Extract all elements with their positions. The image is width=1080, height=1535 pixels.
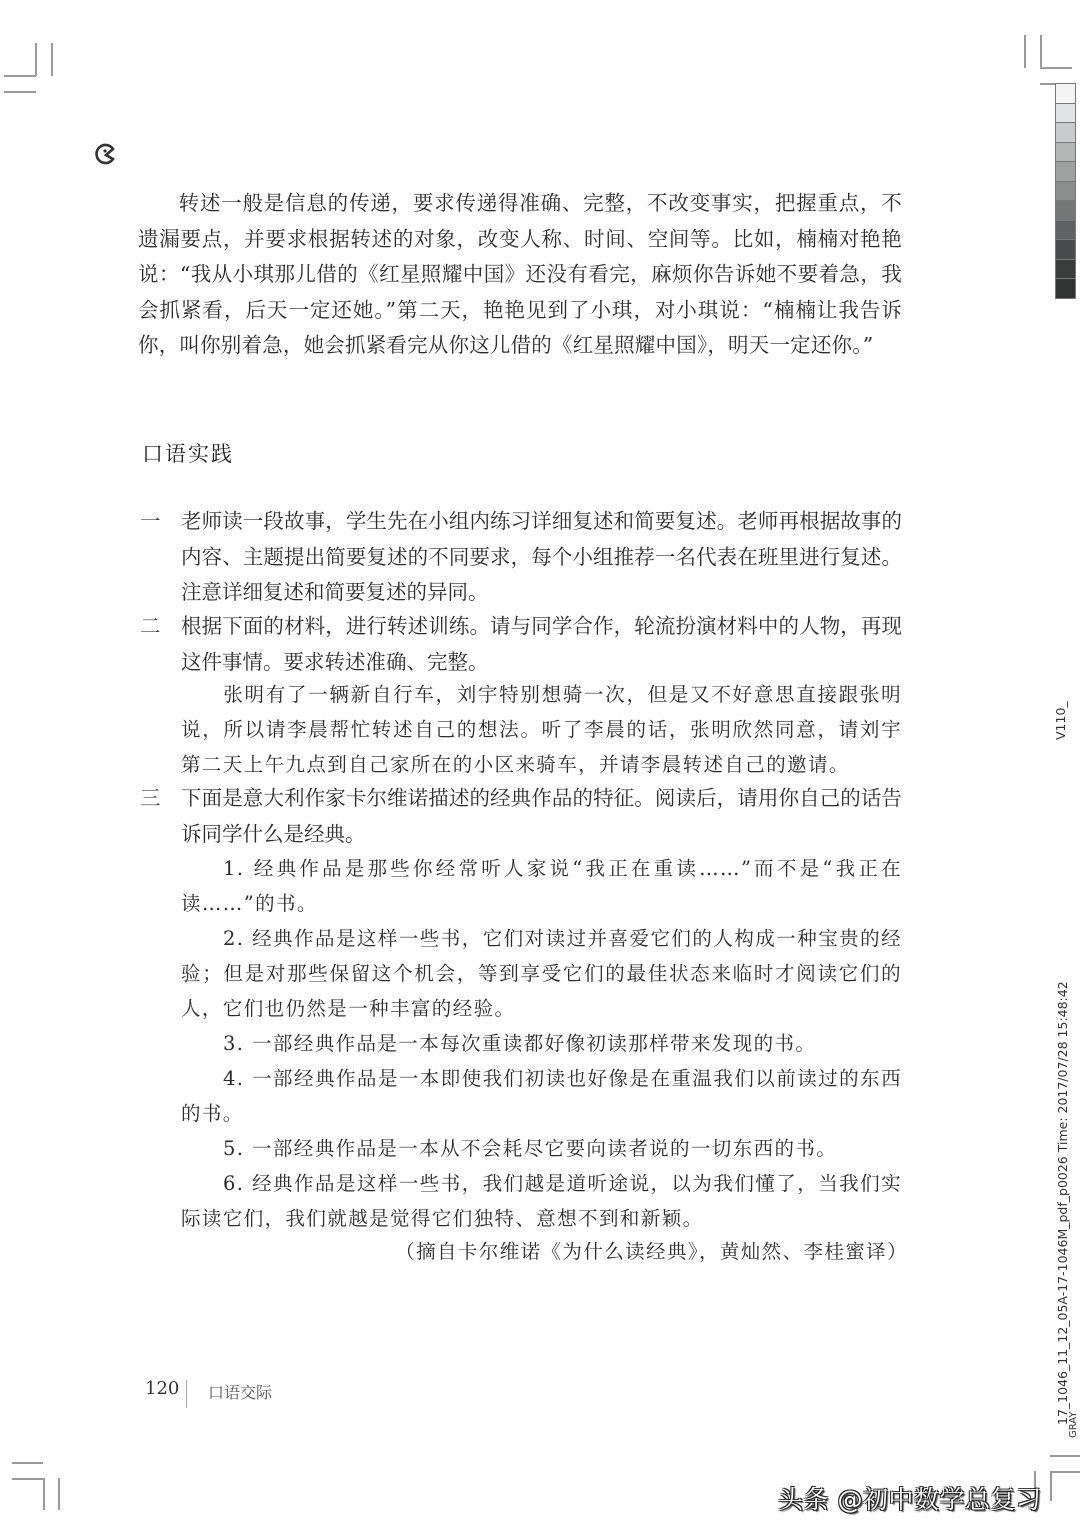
intro-paragraph: 转述一般是信息的传递，要求传递得准确、完整，不改变事实，把握重点，不遗漏要点，并… bbox=[138, 186, 902, 364]
quote-text: 1. 经典作品是那些你经常听人家说“我正在重读……”而不是“我正在读……”的书。 bbox=[181, 857, 902, 915]
crop-mark-top-left-h2 bbox=[4, 91, 36, 93]
footer-divider bbox=[186, 1380, 187, 1408]
crop-mark-bottom-left-v bbox=[43, 1478, 45, 1510]
crop-mark-top-left-h bbox=[4, 75, 36, 77]
crop-mark-bottom-right-v2 bbox=[1050, 1471, 1052, 1501]
quote-1: 1. 经典作品是那些你经常听人家说“我正在重读……”而不是“我正在读……”的书。 bbox=[181, 851, 902, 921]
crop-mark-bottom-left-h2 bbox=[12, 1478, 43, 1480]
crop-mark-top-left-v bbox=[35, 43, 37, 76]
exercise-item-1: 一 老师读一段故事，学生先在小组内练习详细复述和简要复述。老师再根据故事的内容、… bbox=[140, 504, 902, 611]
crop-mark-top-right-v2 bbox=[1040, 35, 1042, 68]
quote-text: 3. 一部经典作品是一本每次重读都好像初读那样带来发现的书。 bbox=[223, 1032, 816, 1055]
chapter-label: 口语交际 bbox=[208, 1380, 272, 1403]
print-job-info: 17_1046_11_12_05A-17-1046M_pdf_p0026 Tim… bbox=[1055, 981, 1070, 1425]
gray-swatch bbox=[1056, 103, 1075, 123]
exercise-text: 根据下面的材料，进行转述训练。请与同学合作，轮流扮演材料中的人物，再现这件事情。… bbox=[181, 609, 902, 680]
version-mark: V110_ bbox=[1053, 701, 1068, 740]
quote-4: 4. 一部经典作品是一本即使我们初读也好像是在重温我们以前读过的东西的书。 bbox=[181, 1061, 902, 1131]
exercise-text: 下面是意大利作家卡尔维诺描述的经典作品的特征。阅读后，请用你自己的话告诉同学什么… bbox=[181, 781, 902, 852]
material-text: 张明有了一辆新自行车，刘宇特别想骑一次，但是又不好意思直接跟张明说，所以请李晨帮… bbox=[181, 683, 902, 776]
gray-swatch bbox=[1056, 278, 1075, 298]
exercise-material: 张明有了一辆新自行车，刘宇特别想骑一次，但是又不好意思直接跟张明说，所以请李晨帮… bbox=[181, 677, 902, 782]
exercise-item-3: 三 下面是意大利作家卡尔维诺描述的经典作品的特征。阅读后，请用你自己的话告诉同学… bbox=[140, 781, 902, 852]
crop-mark-top-left-v2 bbox=[51, 43, 53, 76]
exercise-item-2: 二 根据下面的材料，进行转述训练。请与同学合作，轮流扮演材料中的人物，再现这件事… bbox=[140, 609, 902, 680]
quote-text: 4. 一部经典作品是一本即使我们初读也好像是在重温我们以前读过的东西的书。 bbox=[181, 1067, 902, 1125]
quote-text: 5. 一部经典作品是一本从不会耗尽它要向读者说的一切东西的书。 bbox=[223, 1137, 837, 1160]
exercise-number: 二 bbox=[140, 609, 170, 645]
grayscale-calibration-strip bbox=[1055, 83, 1076, 299]
gray-swatch bbox=[1056, 142, 1075, 162]
quote-text: 6. 经典作品是这样一些书，我们越是道听途说，以为我们懂了，当我们实际读它们，我… bbox=[181, 1172, 902, 1230]
quote-2: 2. 经典作品是这样一些书，它们对读过并喜爱它们的人构成一种宝贵的经验；但是对那… bbox=[181, 921, 902, 1026]
quote-3: 3. 一部经典作品是一本每次重读都好像初读那样带来发现的书。 bbox=[181, 1026, 902, 1061]
color-mode-mark: GRAY bbox=[1068, 1412, 1079, 1438]
crop-mark-top-right-h2 bbox=[1040, 83, 1055, 85]
page-number: 120 bbox=[145, 1378, 179, 1399]
section-title: 口语实践 bbox=[142, 438, 234, 468]
intro-paragraph-text: 转述一般是信息的传递，要求传递得准确、完整，不改变事实，把握重点，不遗漏要点，并… bbox=[138, 191, 902, 357]
quote-text: 2. 经典作品是这样一些书，它们对读过并喜爱它们的人构成一种宝贵的经验；但是对那… bbox=[181, 927, 902, 1020]
exercise-number: 一 bbox=[140, 504, 170, 540]
crop-mark-top-right-h bbox=[1040, 67, 1072, 69]
gray-swatch bbox=[1056, 200, 1075, 220]
gray-swatch bbox=[1056, 259, 1075, 279]
gray-swatch bbox=[1056, 84, 1075, 103]
gray-swatch bbox=[1056, 181, 1075, 201]
exercise-text: 老师读一段故事，学生先在小组内练习详细复述和简要复述。老师再根据故事的内容、主题… bbox=[181, 504, 902, 611]
quote-6: 6. 经典作品是这样一些书，我们越是道听途说，以为我们懂了，当我们实际读它们，我… bbox=[181, 1166, 902, 1236]
gray-swatch bbox=[1056, 220, 1075, 240]
crop-mark-bottom-left-v2 bbox=[58, 1478, 60, 1510]
pacman-style-logo-icon bbox=[94, 142, 118, 166]
crop-mark-bottom-right-h bbox=[1050, 1455, 1080, 1457]
quote-5: 5. 一部经典作品是一本从不会耗尽它要向读者说的一切东西的书。 bbox=[181, 1131, 902, 1166]
quote-source: （摘自卡尔维诺《为什么读经典》，黄灿然、李桂蜜译） bbox=[395, 1236, 908, 1264]
gray-swatch bbox=[1056, 239, 1075, 259]
crop-mark-bottom-left-h bbox=[12, 1462, 43, 1464]
exercise-number: 三 bbox=[140, 781, 170, 817]
crop-mark-top-right-v bbox=[1024, 35, 1026, 68]
gray-swatch bbox=[1056, 122, 1075, 142]
gray-swatch bbox=[1056, 161, 1075, 181]
watermark: 头条 @初中数学总复习 bbox=[778, 1480, 1041, 1516]
crop-mark-bottom-right-h2 bbox=[1050, 1471, 1080, 1473]
